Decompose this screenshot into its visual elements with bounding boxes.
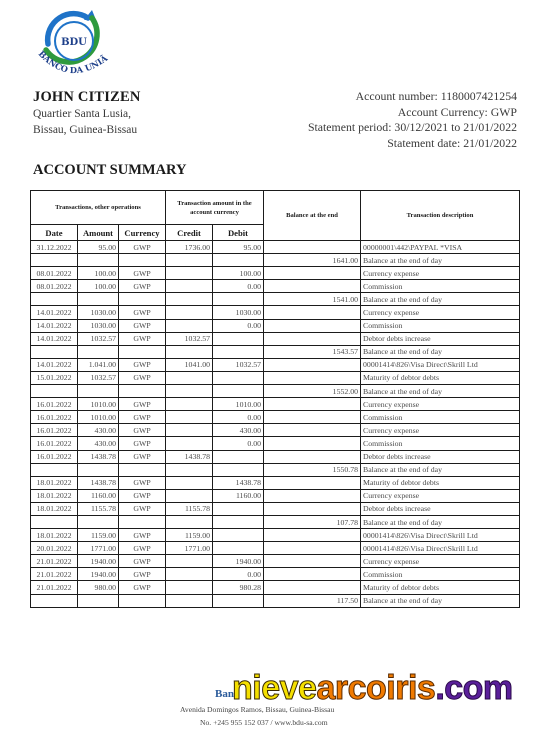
cell-date: 21.01.2022 <box>31 568 78 581</box>
cell-date: 08.01.2022 <box>31 267 78 280</box>
cell-date: 16.01.2022 <box>31 450 78 463</box>
cell-currency: GWP <box>119 489 166 502</box>
cell-date: 20.01.2022 <box>31 542 78 555</box>
cell-currency <box>119 254 166 267</box>
bdu-logo-icon: BDU BANCO DA UNIÃO <box>26 4 130 80</box>
cell-balance: 1541.00 <box>264 293 361 306</box>
account-info: Account number: 1180007421254 Account Cu… <box>308 89 517 151</box>
cell-currency: GWP <box>119 450 166 463</box>
column-currency: Currency <box>119 225 166 241</box>
cell-amount: 100.00 <box>78 280 119 293</box>
cell-currency: GWP <box>119 424 166 437</box>
table-row: 21.01.20221940.00GWP1940.00Currency expe… <box>31 555 520 568</box>
cell-desc: Currency expense <box>361 267 520 280</box>
cell-credit <box>166 489 213 502</box>
table-row: 15.01.20221032.57GWPMaturity of debtor d… <box>31 371 520 384</box>
cell-amount: 980.00 <box>78 581 119 594</box>
cell-date: 14.01.2022 <box>31 358 78 371</box>
cell-date: 18.01.2022 <box>31 502 78 515</box>
header-balance: Balance at the end <box>264 191 361 241</box>
statement-table: Transactions, other operations Transacti… <box>30 190 520 608</box>
table-row: 14.01.20221.041.00GWP1041.001032.5700001… <box>31 358 520 371</box>
cell-debit <box>213 542 264 555</box>
cell-credit <box>166 267 213 280</box>
cell-credit <box>166 411 213 424</box>
cell-amount <box>78 254 119 267</box>
table-row: 16.01.20221010.00GWP1010.00Currency expe… <box>31 398 520 411</box>
cell-debit <box>213 463 264 476</box>
cell-balance <box>264 306 361 319</box>
cell-debit: 0.00 <box>213 411 264 424</box>
cell-debit <box>213 254 264 267</box>
cell-date: 16.01.2022 <box>31 437 78 450</box>
cell-currency <box>119 594 166 607</box>
table-row: 1543.57Balance at the end of day <box>31 345 520 358</box>
cell-date: 14.01.2022 <box>31 332 78 345</box>
cell-amount <box>78 293 119 306</box>
cell-credit <box>166 463 213 476</box>
cell-credit <box>166 280 213 293</box>
table-row: 08.01.2022100.00GWP0.00Commission <box>31 280 520 293</box>
cell-credit <box>166 319 213 332</box>
cell-credit <box>166 254 213 267</box>
cell-balance <box>264 555 361 568</box>
holder-address-line1: Quartier Santa Lusia, <box>33 107 141 122</box>
cell-balance <box>264 319 361 332</box>
cell-balance: 107.78 <box>264 515 361 528</box>
cell-date: 16.01.2022 <box>31 411 78 424</box>
table-row: 21.01.2022980.00GWP980.28Maturity of deb… <box>31 581 520 594</box>
cell-currency: GWP <box>119 306 166 319</box>
table-row: 16.01.2022430.00GWP430.00Currency expens… <box>31 424 520 437</box>
cell-debit: 1010.00 <box>213 398 264 411</box>
cell-desc: Balance at the end of day <box>361 594 520 607</box>
cell-credit: 1438.78 <box>166 450 213 463</box>
cell-balance <box>264 581 361 594</box>
table-row: 31.12.202295.00GWP1736.0095.0000000001\4… <box>31 241 520 254</box>
cell-desc: Maturity of debtor debts <box>361 581 520 594</box>
table-row: 18.01.20221160.00GWP1160.00Currency expe… <box>31 489 520 502</box>
cell-currency: GWP <box>119 398 166 411</box>
cell-currency <box>119 385 166 398</box>
cell-date: 21.01.2022 <box>31 581 78 594</box>
cell-date: 14.01.2022 <box>31 306 78 319</box>
cell-currency: GWP <box>119 476 166 489</box>
cell-credit <box>166 306 213 319</box>
cell-currency: GWP <box>119 280 166 293</box>
cell-debit <box>213 371 264 384</box>
cell-desc: Debtor debts increase <box>361 332 520 345</box>
cell-desc: Commission <box>361 280 520 293</box>
cell-debit <box>213 332 264 345</box>
cell-desc: 00000001\442\PAYPAL *VISA <box>361 241 520 254</box>
cell-debit: 1030.00 <box>213 306 264 319</box>
cell-date: 08.01.2022 <box>31 280 78 293</box>
cell-balance <box>264 450 361 463</box>
cell-balance <box>264 502 361 515</box>
cell-balance <box>264 529 361 542</box>
holder-name: JOHN CITIZEN <box>33 89 141 106</box>
cell-date: 16.01.2022 <box>31 424 78 437</box>
cell-currency: GWP <box>119 411 166 424</box>
bank-logo: BDU BANCO DA UNIÃO <box>26 4 130 80</box>
cell-date: 18.01.2022 <box>31 489 78 502</box>
cell-desc: Maturity of debtor debts <box>361 476 520 489</box>
cell-amount <box>78 463 119 476</box>
cell-desc: Balance at the end of day <box>361 385 520 398</box>
cell-desc: Balance at the end of day <box>361 515 520 528</box>
cell-currency: GWP <box>119 267 166 280</box>
cell-debit: 1032.57 <box>213 358 264 371</box>
cell-balance: 117.50 <box>264 594 361 607</box>
cell-debit <box>213 594 264 607</box>
header-transactions: Transactions, other operations <box>31 191 166 225</box>
table-row: 16.01.2022430.00GWP0.00Commission <box>31 437 520 450</box>
cell-currency: GWP <box>119 542 166 555</box>
cell-credit: 1155.78 <box>166 502 213 515</box>
cell-balance <box>264 280 361 293</box>
cell-credit <box>166 371 213 384</box>
table-row: 16.01.20221438.78GWP1438.78Debtor debts … <box>31 450 520 463</box>
table-row: 20.01.20221771.00GWP1771.0000001414\826\… <box>31 542 520 555</box>
cell-credit: 1041.00 <box>166 358 213 371</box>
cell-debit: 0.00 <box>213 319 264 332</box>
cell-balance <box>264 241 361 254</box>
table-row: 107.78Balance at the end of day <box>31 515 520 528</box>
cell-date: 14.01.2022 <box>31 319 78 332</box>
cell-debit: 430.00 <box>213 424 264 437</box>
cell-credit <box>166 385 213 398</box>
svg-text:BDU: BDU <box>61 37 87 48</box>
cell-credit: 1736.00 <box>166 241 213 254</box>
cell-currency: GWP <box>119 502 166 515</box>
statement-period: Statement period: 30/12/2021 to 21/01/20… <box>308 120 517 136</box>
cell-debit: 0.00 <box>213 280 264 293</box>
column-date: Date <box>31 225 78 241</box>
cell-debit: 1438.78 <box>213 476 264 489</box>
column-amount: Amount <box>78 225 119 241</box>
cell-debit <box>213 293 264 306</box>
cell-amount: 430.00 <box>78 424 119 437</box>
account-holder: JOHN CITIZEN Quartier Santa Lusia, Bissa… <box>33 89 141 138</box>
cell-date: 31.12.2022 <box>31 241 78 254</box>
cell-credit <box>166 555 213 568</box>
cell-currency: GWP <box>119 319 166 332</box>
cell-currency: GWP <box>119 371 166 384</box>
cell-debit: 1160.00 <box>213 489 264 502</box>
cell-credit: 1032.57 <box>166 332 213 345</box>
table-row: 16.01.20221010.00GWP0.00Commission <box>31 411 520 424</box>
cell-debit <box>213 529 264 542</box>
cell-balance <box>264 371 361 384</box>
cell-amount: 1159.00 <box>78 529 119 542</box>
cell-desc: 00001414\826\Visa Direct\Skrill Ltd <box>361 358 520 371</box>
table-row: 14.01.20221032.57GWP1032.57Debtor debts … <box>31 332 520 345</box>
cell-debit <box>213 385 264 398</box>
cell-amount: 1940.00 <box>78 568 119 581</box>
cell-desc: Commission <box>361 568 520 581</box>
cell-currency: GWP <box>119 358 166 371</box>
header-description: Transaction description <box>361 191 520 241</box>
cell-desc: Debtor debts increase <box>361 502 520 515</box>
column-credit: Credit <box>166 225 213 241</box>
table-row: 14.01.20221030.00GWP0.00Commission <box>31 319 520 332</box>
table-row: 1550.78Balance at the end of day <box>31 463 520 476</box>
cell-date: 21.01.2022 <box>31 555 78 568</box>
cell-desc: Currency expense <box>361 555 520 568</box>
footer-contact: No. +245 955 152 037 / www.bdu-sa.com <box>200 718 328 727</box>
cell-credit <box>166 293 213 306</box>
cell-debit: 0.00 <box>213 437 264 450</box>
cell-desc: Balance at the end of day <box>361 463 520 476</box>
cell-currency: GWP <box>119 437 166 450</box>
cell-balance <box>264 267 361 280</box>
cell-currency: GWP <box>119 529 166 542</box>
cell-credit <box>166 581 213 594</box>
cell-date: 18.01.2022 <box>31 529 78 542</box>
holder-address-line2: Bissau, Guinea-Bissau <box>33 123 141 138</box>
cell-desc: 00001414\826\Visa Direct\Skrill Ltd <box>361 542 520 555</box>
cell-date <box>31 345 78 358</box>
table-row: 21.01.20221940.00GWP0.00Commission <box>31 568 520 581</box>
cell-desc: Currency expense <box>361 398 520 411</box>
cell-currency: GWP <box>119 241 166 254</box>
cell-desc: Debtor debts increase <box>361 450 520 463</box>
cell-desc: Currency expense <box>361 424 520 437</box>
cell-amount: 1771.00 <box>78 542 119 555</box>
cell-currency <box>119 515 166 528</box>
cell-currency: GWP <box>119 568 166 581</box>
cell-credit <box>166 437 213 450</box>
cell-balance <box>264 398 361 411</box>
cell-amount: 1032.57 <box>78 371 119 384</box>
table-row: 117.50Balance at the end of day <box>31 594 520 607</box>
cell-balance <box>264 476 361 489</box>
table-row: 18.01.20221155.78GWP1155.78Debtor debts … <box>31 502 520 515</box>
cell-credit <box>166 424 213 437</box>
header-amount-in-currency: Transaction amount in the account curren… <box>166 191 264 225</box>
cell-desc: Currency expense <box>361 306 520 319</box>
cell-desc: 00001414\826\Visa Direct\Skrill Ltd <box>361 529 520 542</box>
cell-desc: Maturity of debtor debts <box>361 371 520 384</box>
cell-balance: 1550.78 <box>264 463 361 476</box>
cell-currency <box>119 345 166 358</box>
cell-credit <box>166 594 213 607</box>
cell-date <box>31 594 78 607</box>
cell-date: 16.01.2022 <box>31 398 78 411</box>
cell-debit: 95.00 <box>213 241 264 254</box>
cell-credit <box>166 345 213 358</box>
account-number: Account number: 1180007421254 <box>308 89 517 105</box>
cell-desc: Balance at the end of day <box>361 345 520 358</box>
cell-amount: 1010.00 <box>78 398 119 411</box>
column-debit: Debit <box>213 225 264 241</box>
table-row: 1641.00Balance at the end of day <box>31 254 520 267</box>
cell-amount <box>78 594 119 607</box>
cell-date <box>31 463 78 476</box>
cell-currency <box>119 293 166 306</box>
cell-credit <box>166 398 213 411</box>
cell-balance <box>264 411 361 424</box>
cell-credit <box>166 476 213 489</box>
cell-balance <box>264 332 361 345</box>
cell-desc: Commission <box>361 411 520 424</box>
cell-amount: 1155.78 <box>78 502 119 515</box>
cell-debit <box>213 502 264 515</box>
cell-credit <box>166 515 213 528</box>
cell-balance <box>264 424 361 437</box>
cell-date <box>31 515 78 528</box>
cell-balance: 1543.57 <box>264 345 361 358</box>
cell-amount: 1438.78 <box>78 450 119 463</box>
table-row: 18.01.20221438.78GWP1438.78Maturity of d… <box>31 476 520 489</box>
cell-amount: 1940.00 <box>78 555 119 568</box>
cell-currency <box>119 463 166 476</box>
cell-debit: 1940.00 <box>213 555 264 568</box>
cell-debit <box>213 345 264 358</box>
table-row: 18.01.20221159.00GWP1159.0000001414\826\… <box>31 529 520 542</box>
cell-amount <box>78 385 119 398</box>
cell-amount: 1030.00 <box>78 306 119 319</box>
cell-balance: 1641.00 <box>264 254 361 267</box>
cell-balance <box>264 358 361 371</box>
watermark-part1: nieve <box>232 669 316 707</box>
cell-debit: 0.00 <box>213 568 264 581</box>
cell-credit: 1159.00 <box>166 529 213 542</box>
watermark-part2: arcoiris <box>316 669 435 707</box>
watermark: nievearcoiris.com <box>232 668 513 708</box>
cell-debit <box>213 515 264 528</box>
cell-credit: 1771.00 <box>166 542 213 555</box>
cell-date <box>31 293 78 306</box>
cell-desc: Balance at the end of day <box>361 254 520 267</box>
cell-amount: 1.041.00 <box>78 358 119 371</box>
cell-desc: Balance at the end of day <box>361 293 520 306</box>
table-row: 08.01.2022100.00GWP100.00Currency expens… <box>31 267 520 280</box>
cell-balance <box>264 437 361 450</box>
account-currency: Account Currency: GWP <box>308 105 517 121</box>
cell-amount: 1032.57 <box>78 332 119 345</box>
statement-date: Statement date: 21/01/2022 <box>308 136 517 152</box>
cell-balance: 1552.00 <box>264 385 361 398</box>
cell-currency: GWP <box>119 581 166 594</box>
table-row: 14.01.20221030.00GWP1030.00Currency expe… <box>31 306 520 319</box>
cell-credit <box>166 568 213 581</box>
watermark-part3: .com <box>435 669 512 707</box>
cell-desc: Currency expense <box>361 489 520 502</box>
table-row: 1541.00Balance at the end of day <box>31 293 520 306</box>
cell-date <box>31 385 78 398</box>
cell-debit: 100.00 <box>213 267 264 280</box>
cell-date <box>31 254 78 267</box>
cell-currency: GWP <box>119 555 166 568</box>
cell-desc: Commission <box>361 437 520 450</box>
cell-amount: 1010.00 <box>78 411 119 424</box>
section-title: ACCOUNT SUMMARY <box>33 162 186 179</box>
cell-date: 15.01.2022 <box>31 371 78 384</box>
table-row: 1552.00Balance at the end of day <box>31 385 520 398</box>
cell-amount: 430.00 <box>78 437 119 450</box>
cell-amount: 1030.00 <box>78 319 119 332</box>
cell-amount: 95.00 <box>78 241 119 254</box>
cell-amount: 100.00 <box>78 267 119 280</box>
cell-debit <box>213 450 264 463</box>
cell-amount: 1160.00 <box>78 489 119 502</box>
cell-amount <box>78 345 119 358</box>
cell-desc: Commission <box>361 319 520 332</box>
cell-currency: GWP <box>119 332 166 345</box>
cell-date: 18.01.2022 <box>31 476 78 489</box>
cell-balance <box>264 568 361 581</box>
cell-balance <box>264 542 361 555</box>
cell-debit: 980.28 <box>213 581 264 594</box>
cell-amount <box>78 515 119 528</box>
cell-amount: 1438.78 <box>78 476 119 489</box>
cell-balance <box>264 489 361 502</box>
